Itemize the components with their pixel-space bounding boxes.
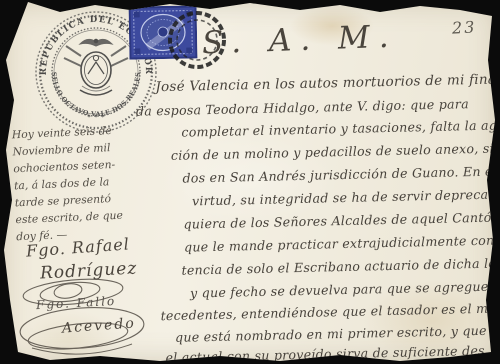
body-line: que está nombrado en mi primer escrito, … xyxy=(175,323,487,345)
body-line: dos en San Andrés jurisdicción de Guano.… xyxy=(182,163,500,185)
body-line: quiera de los Señores Alcaldes de aquel … xyxy=(183,209,500,232)
body-line: José Valencia en los autos mortuorios de… xyxy=(155,71,500,95)
body-line: completar el inventario y tasaciones, fa… xyxy=(181,117,500,140)
petition-body-text: José Valencia en los autos mortuorios de… xyxy=(0,0,500,364)
body-line: el actual con su proveído sirva de sufic… xyxy=(165,343,491,364)
body-line: da esposa Teodora Hidalgo, ante V. digo:… xyxy=(136,96,469,119)
body-line: y que fecho se devuelva para que se agre… xyxy=(190,277,500,300)
body-line: tecedentes, entendiéndose que el tasador… xyxy=(160,300,500,323)
body-line: que le mande practicar extrajudicialment… xyxy=(184,232,500,255)
body-line: virtud, su integridad se ha de servir de… xyxy=(192,185,500,208)
manuscript-paper: REPUBLICA DEL ECUADOR SELLO OCTAVO VALE … xyxy=(0,0,500,364)
document-photo: REPUBLICA DEL ECUADOR SELLO OCTAVO VALE … xyxy=(0,0,500,364)
body-line: ción de un molino y pedacillos de suelo … xyxy=(171,140,500,163)
body-line: tencia de solo el Escribano actuario de … xyxy=(181,254,500,277)
